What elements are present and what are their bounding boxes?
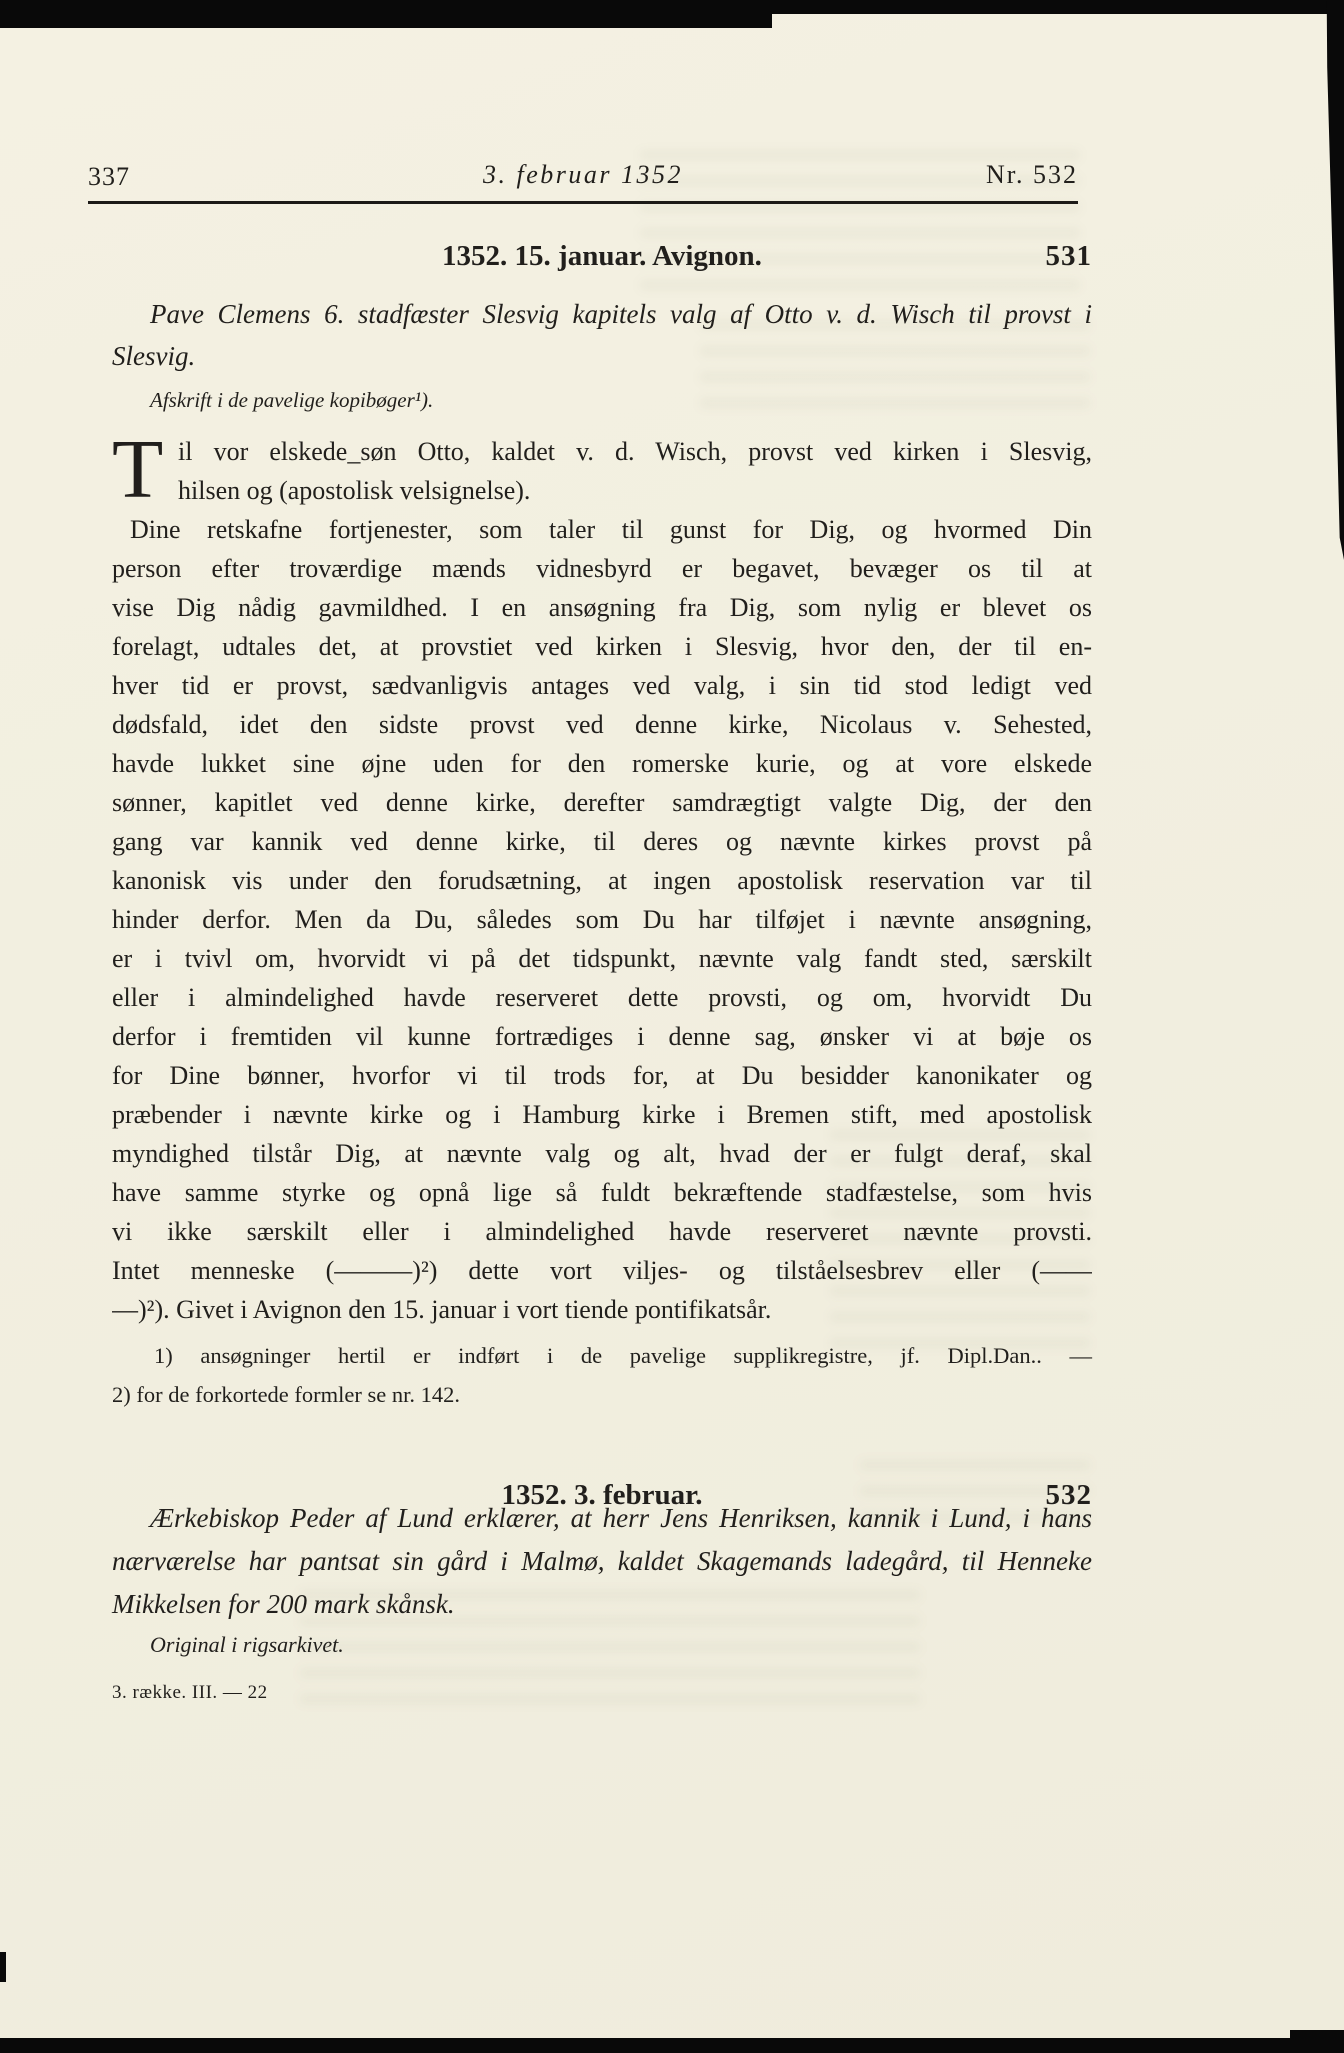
- text-line: gang var kannik ved denne kirke, til der…: [112, 822, 1092, 861]
- doc532-summary: Ærkebiskop Peder af Lund erklærer, at he…: [112, 1497, 1092, 1626]
- drop-cap: T: [112, 434, 168, 510]
- text-line: —)²). Givet i Avignon den 15. januar i v…: [112, 1290, 1092, 1329]
- text-line: dødsfald, idet den sidste provst ved den…: [112, 705, 1092, 744]
- text-line: myndighed tilstår Dig, at nævnte valg og…: [112, 1134, 1092, 1173]
- scan-border-bottom: [0, 2038, 1344, 2053]
- doc531-body: T il vor elskede_søn Otto, kaldet v. d. …: [112, 432, 1092, 1329]
- doc531-footnotes: 1) ansøgninger hertil er indført i de pa…: [112, 1336, 1092, 1414]
- text-line: derfor i fremtiden vil kunne fortrædiges…: [112, 1017, 1092, 1056]
- text-line: sønner, kapitlet ved denne kirke, dereft…: [112, 783, 1092, 822]
- doc531-body-paragraphs: il vor elskede_søn Otto, kaldet v. d. Wi…: [112, 432, 1092, 1329]
- text-line: Dine retskafne fortjenester, som taler t…: [112, 510, 1092, 549]
- text-line: kanonisk vis under den forudsætning, at …: [112, 861, 1092, 900]
- text-line: eller i almindelighed havde reserveret d…: [112, 978, 1092, 1017]
- text-line: hilsen og (apostolisk velsignelse).: [178, 471, 1092, 510]
- doc531-summary: Pave Clemens 6. stadfæster Slesvig kapit…: [112, 293, 1092, 377]
- text-line: præbender i nævnte kirke og i Hamburg ki…: [112, 1095, 1092, 1134]
- text-line: person efter troværdige mænds vidnesbyrd…: [112, 549, 1092, 588]
- page-header: 337 3. februar 1352 Nr. 532: [88, 160, 1078, 200]
- text-line: Ærkebiskop Peder af Lund erklærer, at he…: [112, 1497, 1092, 1540]
- text-line: il vor elskede_søn Otto, kaldet v. d. Wi…: [178, 432, 1092, 471]
- scan-border-top-left: [0, 0, 772, 28]
- doc531-number: 531: [1046, 240, 1093, 273]
- text-line: vi ikke særskilt eller i almindelighed h…: [112, 1212, 1092, 1251]
- doc531-source-note: Afskrift i de pavelige kopibøger¹).: [112, 388, 1130, 413]
- text-line: 1) ansøgninger hertil er indført i de pa…: [112, 1336, 1092, 1375]
- text-line: 2) for de forkortede formler se nr. 142.: [112, 1375, 1092, 1414]
- doc531-heading-row: 1352. 15. januar. Avignon. 531: [112, 240, 1092, 276]
- paragraph: Ærkebiskop Peder af Lund erklærer, at he…: [112, 1497, 1092, 1626]
- scan-border-left-sliver: [0, 1952, 6, 1982]
- scanned-book-page: 337 3. februar 1352 Nr. 532 1352. 15. ja…: [0, 0, 1344, 2053]
- text-line: Mikkelsen for 200 mark skånsk.: [112, 1583, 1092, 1626]
- text-line: hinder derfor. Men da Du, således som Du…: [112, 900, 1092, 939]
- header-rule: [88, 201, 1078, 204]
- paragraph: il vor elskede_søn Otto, kaldet v. d. Wi…: [112, 432, 1092, 510]
- text-line: for Dine bønner, hvorfor vi til trods fo…: [112, 1056, 1092, 1095]
- text-line: havde lukket sine øjne uden for den rome…: [112, 744, 1092, 783]
- scan-border-top-right: [772, 0, 1344, 14]
- scan-border-right: [1320, 0, 1344, 560]
- text-line: Pave Clemens 6. stadfæster Slesvig kapit…: [112, 293, 1092, 335]
- header-entry-number: Nr. 532: [986, 160, 1078, 190]
- text-line: have samme styrke og opnå lige så fuldt …: [112, 1173, 1092, 1212]
- text-line: Intet menneske (———)²) dette vort viljes…: [112, 1251, 1092, 1290]
- text-line: forelagt, udtales det, at provstiet ved …: [112, 627, 1092, 666]
- text-line: nærværelse har pantsat sin gård i Malmø,…: [112, 1540, 1092, 1583]
- doc531-heading: 1352. 15. januar. Avignon.: [112, 240, 1092, 273]
- running-title: 3. februar 1352: [88, 160, 1078, 190]
- paragraph: Dine retskafne fortjenester, som taler t…: [112, 510, 1092, 1329]
- paragraph: Pave Clemens 6. stadfæster Slesvig kapit…: [112, 293, 1092, 377]
- series-signature: 3. række. III. — 22: [112, 1682, 1092, 1704]
- doc532-source-note: Original i rigsarkivet.: [112, 1632, 1130, 1658]
- text-line: vise Dig nådig gavmildhed. I en ansøgnin…: [112, 588, 1092, 627]
- scan-border-bottom-corner: [1290, 2030, 1344, 2053]
- text-line: hver tid er provst, sædvanligvis antages…: [112, 666, 1092, 705]
- text-line: Slesvig.: [112, 335, 1092, 377]
- text-line: er i tvivl om, hvorvidt vi på det tidspu…: [112, 939, 1092, 978]
